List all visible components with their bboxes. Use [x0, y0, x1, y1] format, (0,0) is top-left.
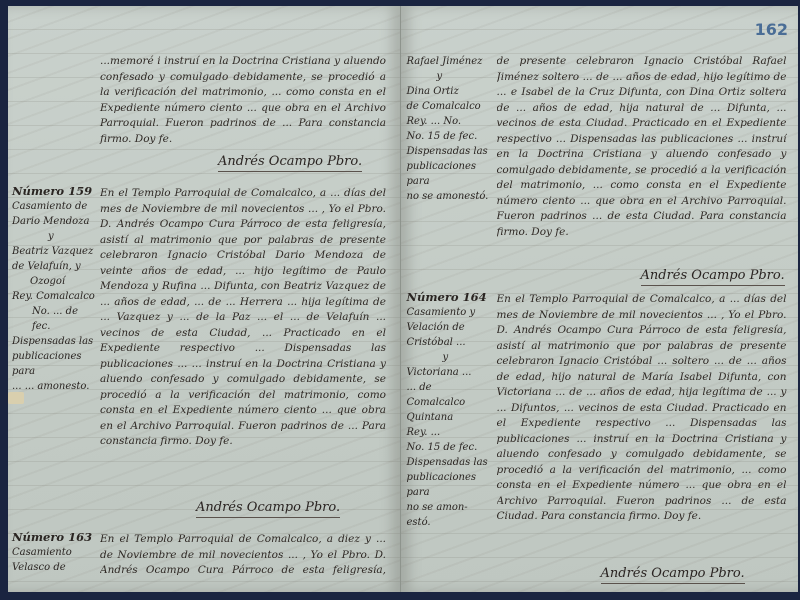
margin-line: Casamiento: [12, 545, 98, 560]
margin-line: No. 15 de fec.: [407, 440, 493, 455]
margin-line: y: [407, 69, 493, 84]
entry-number: Número 163: [12, 530, 98, 545]
entry-number: Número 164: [407, 290, 493, 305]
margin-line: Rey. ...: [407, 425, 493, 440]
entry-159-body: En el Templo Parroquial de Comalcalco, a…: [100, 186, 386, 464]
margin-line: publicaciones para: [12, 349, 98, 379]
margin-line: no se amonestó.: [407, 189, 493, 204]
register-spread: ...memoré i instruí en la Doctrina Crist…: [8, 6, 798, 592]
margin-line: Casamiento de: [12, 199, 98, 214]
entry-164-body: En el Templo Parroquial de Comalcalco, a…: [497, 292, 787, 562]
margin-line: Beatriz Vazquez: [12, 244, 98, 259]
margin-line: no se amon-: [407, 500, 493, 515]
margin-line: Velasco de: [12, 560, 98, 575]
margin-line: Comalcalco: [407, 395, 493, 410]
margin-line: Dina Ortiz: [407, 84, 493, 99]
margin-line: estó.: [407, 515, 493, 530]
margin-line: Rey. Comalcalco: [12, 289, 98, 304]
entry-163-margin: Número 163 Casamiento Velasco de: [12, 530, 98, 575]
margin-line: publicaciones para: [407, 159, 493, 189]
entry-159-signature: Andrés Ocampo Pbro.: [196, 500, 340, 518]
margin-line: Dispensadas las: [12, 334, 98, 349]
entry-159-margin: Número 159 Casamiento de Dario Mendoza y…: [12, 184, 98, 394]
margin-line: No. ... de fec.: [12, 304, 98, 334]
margin-line: Quintana: [407, 410, 493, 425]
margin-line: No. 15 de fec.: [407, 129, 493, 144]
entry-164-margin: Número 164 Casamiento y Velación de Cris…: [407, 290, 493, 530]
left-top-signature: Andrés Ocampo Pbro.: [218, 154, 362, 172]
margin-line: Rey. ... No.: [407, 114, 493, 129]
entry-number: Número 159: [12, 184, 98, 199]
margin-line: de Comalcalco: [407, 99, 493, 114]
margin-line: Ozogoí: [12, 274, 98, 289]
entry-163-body: En el Templo Parroquial de Comalcalco, a…: [100, 532, 386, 580]
margin-line: publicaciones para: [407, 470, 493, 500]
folio-stamp: 162: [755, 20, 788, 39]
margin-line: de Velafuín, y: [12, 259, 98, 274]
right-entry-1-body: de presente celebraron Ignacio Cristóbal…: [497, 54, 787, 258]
margin-line: y: [12, 229, 98, 244]
left-page: ...memoré i instruí en la Doctrina Crist…: [8, 6, 401, 592]
margin-line: Velación de: [407, 320, 493, 335]
margin-line: Dispensadas las: [407, 455, 493, 470]
right-entry-1-margin: Rafael Jiménez y Dina Ortiz de Comalcalc…: [407, 54, 493, 204]
entry-164-signature: Andrés Ocampo Pbro.: [601, 566, 745, 584]
page-marker-tab: [8, 392, 24, 404]
margin-line: Dario Mendoza: [12, 214, 98, 229]
margin-line: Casamiento y: [407, 305, 493, 320]
margin-line: Dispensadas las: [407, 144, 493, 159]
margin-line: y: [407, 350, 493, 365]
margin-line: Rafael Jiménez: [407, 54, 493, 69]
left-top-continuation: ...memoré i instruí en la Doctrina Crist…: [100, 54, 386, 147]
margin-line: Cristóbal ...: [407, 335, 493, 350]
right-page: 162 Rafael Jiménez y Dina Ortiz de Comal…: [401, 6, 799, 592]
margin-line: ... de: [407, 380, 493, 395]
margin-line: Victoriana ...: [407, 365, 493, 380]
margin-line: ... ... amonesto.: [12, 379, 98, 394]
right-entry-1-signature: Andrés Ocampo Pbro.: [641, 268, 785, 286]
